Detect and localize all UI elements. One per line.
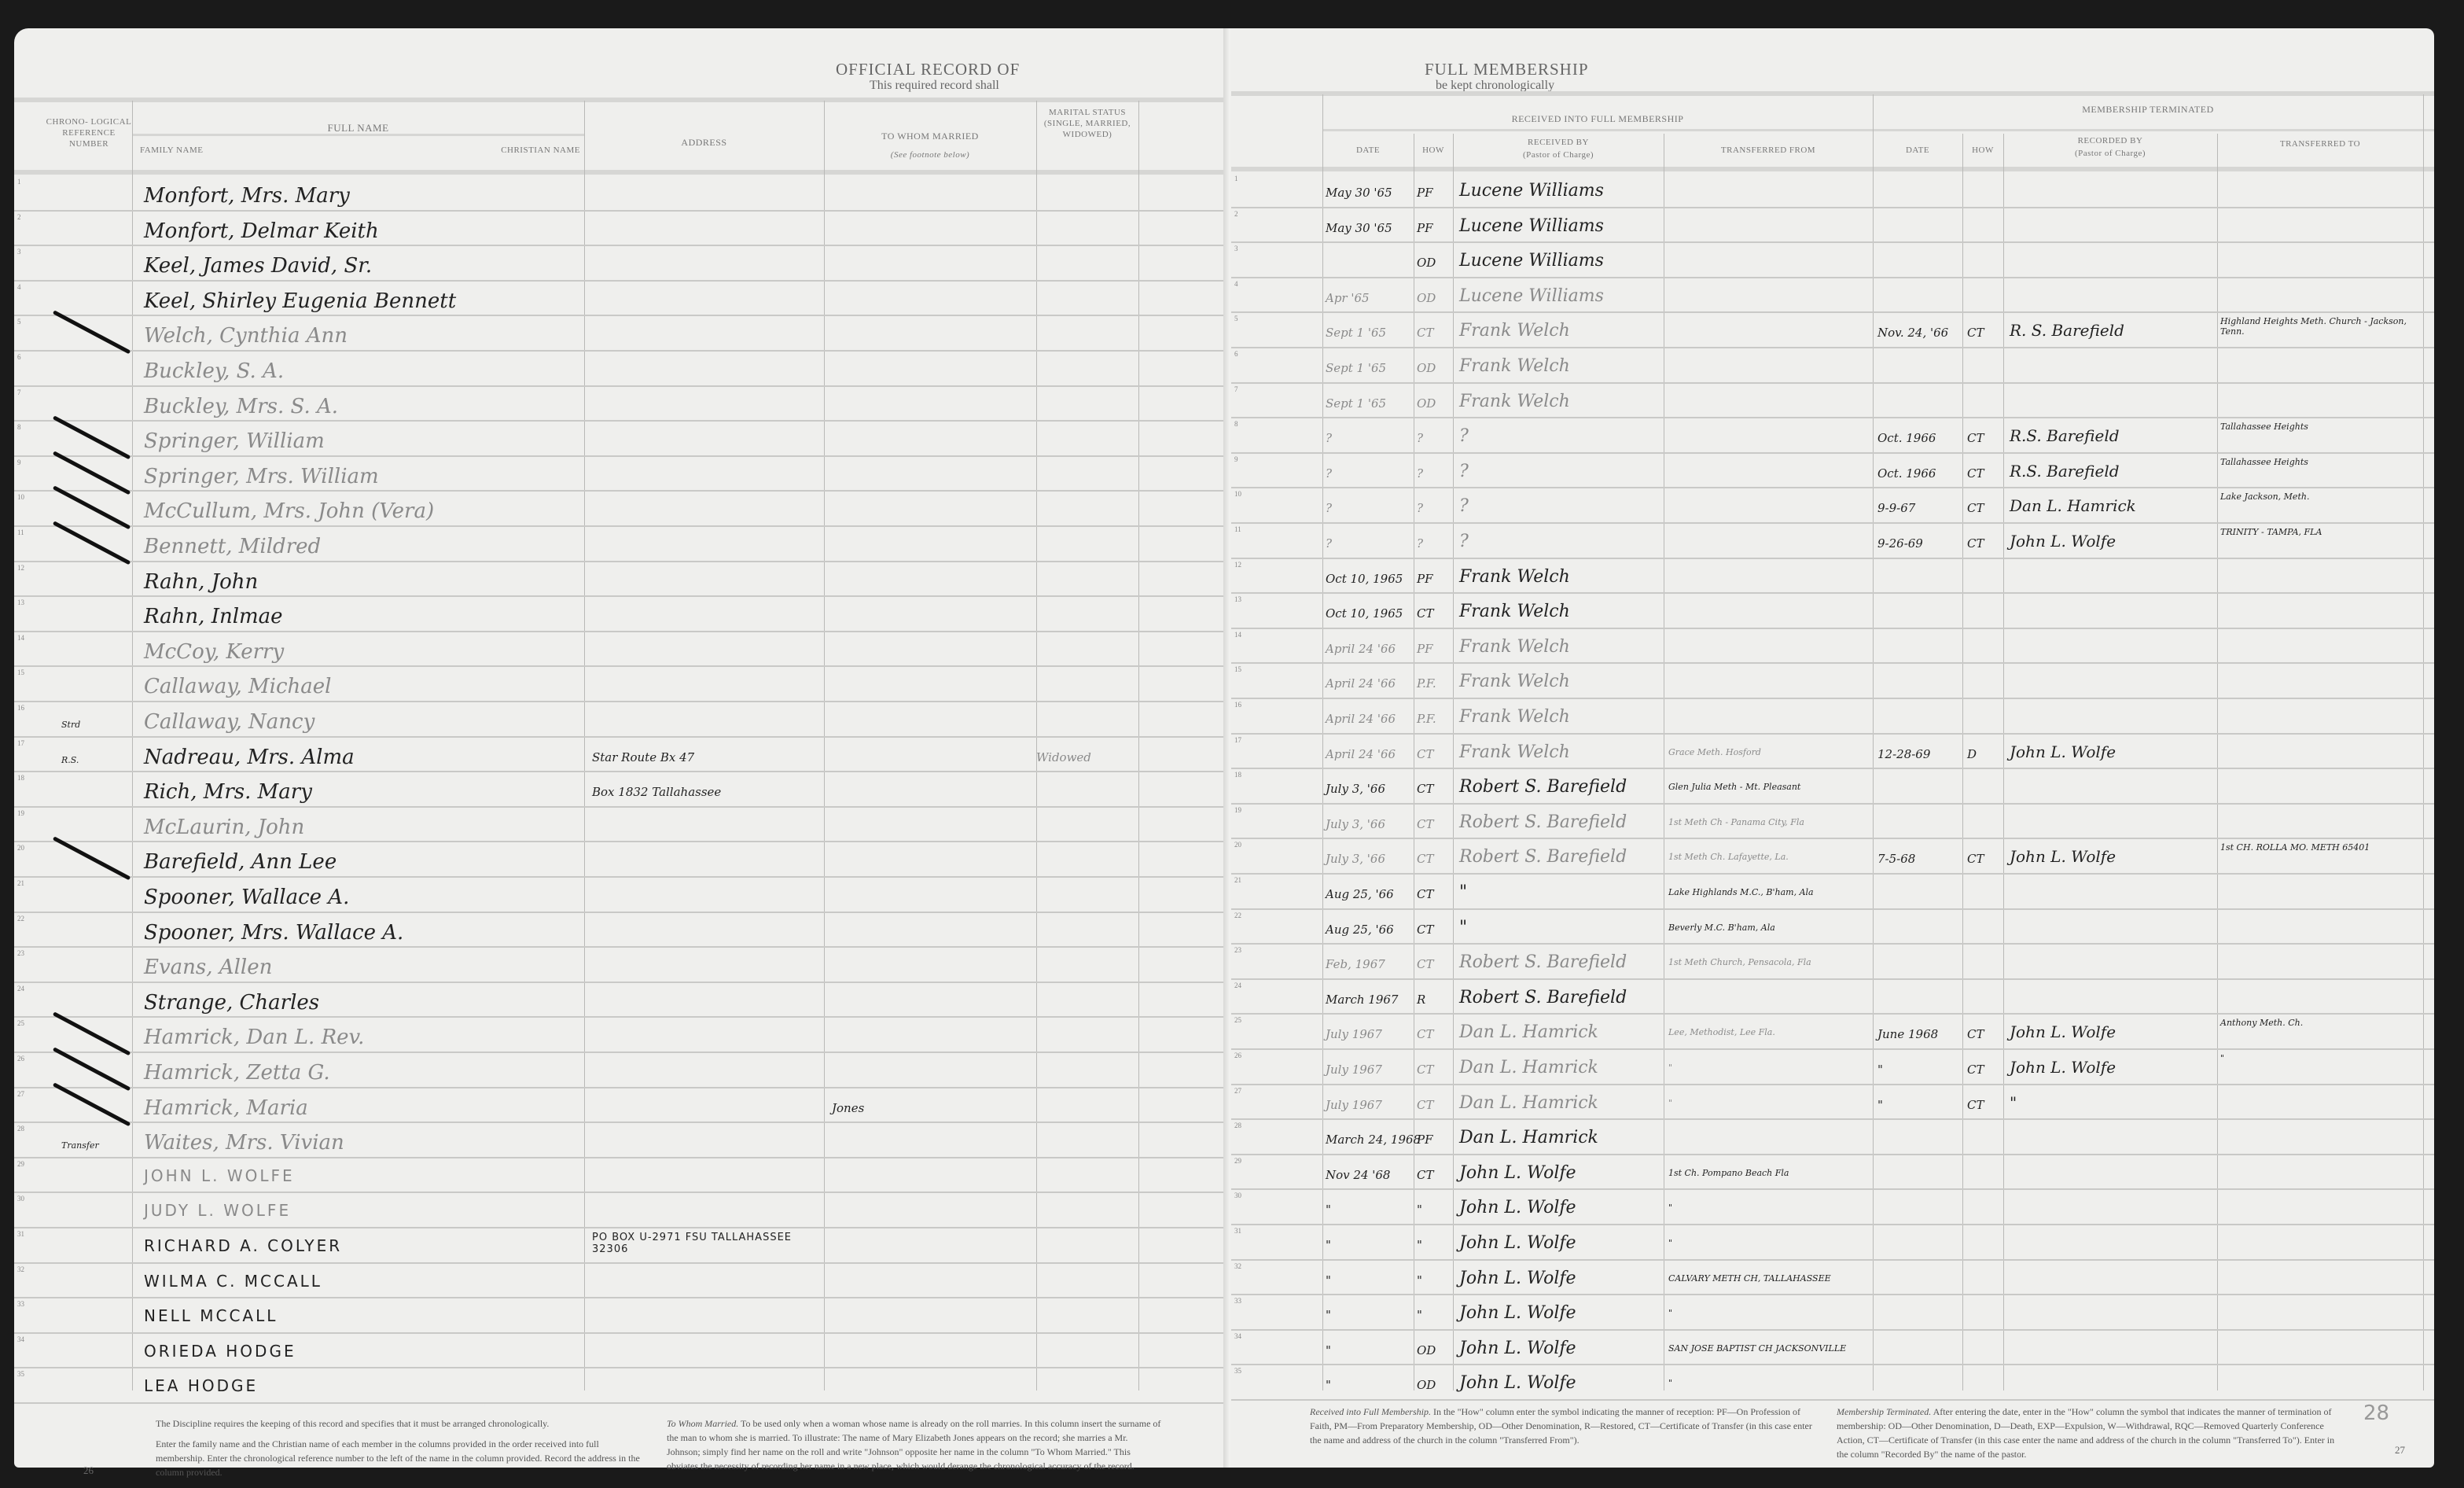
received-by: John L. Wolfe	[1459, 1198, 1576, 1217]
terminated-how: CT	[1967, 1027, 1984, 1041]
transferred-to: Tallahassee Heights	[2220, 422, 2421, 432]
terminated-date: 12-28-69	[1877, 747, 1930, 761]
transferred-from: 1st Meth Church, Pensacola, Fla	[1668, 957, 1811, 967]
table-row: 25Hamrick, Dan L. Rev.	[14, 1016, 1231, 1053]
table-row: 11???9-26-69CTJohn L. WolfeTRINITY - TAM…	[1231, 522, 2434, 559]
transferred-from: SAN JOSE BAPTIST CH JACKSONVILLE	[1668, 1343, 1846, 1354]
received-date: "	[1326, 1273, 1331, 1287]
handwritten-page-number: 28	[2363, 1401, 2389, 1425]
header-to-whom-married: TO WHOM MARRIED	[824, 131, 1036, 142]
table-row: 6Sept 1 '65ODFrank Welch	[1231, 347, 2434, 384]
terminated-date: 9-26-69	[1877, 536, 1923, 551]
header-recorded-by: RECORDED BY	[2003, 135, 2217, 146]
member-address: PO BOX U-2971 FSU TALLAHASSEE 32306	[592, 1232, 796, 1255]
full-name-subrule	[132, 134, 584, 136]
footnote-lead: Received into Full Membership.	[1310, 1406, 1431, 1417]
transferred-to: 1st CH. ROLLA MO. METH 65401	[2220, 842, 2421, 853]
table-row: 13Rahn, Inlmae	[14, 595, 1231, 632]
transferred-from: 1st Meth Ch. Lafayette, La.	[1668, 852, 1789, 862]
transferred-to: TRINITY - TAMPA, FLA	[2220, 527, 2421, 537]
footnote-terminated: Membership Terminated. After entering th…	[1837, 1405, 2340, 1461]
header-received-by: RECEIVED BY	[1453, 137, 1664, 148]
transferred-from: "	[1668, 1203, 1672, 1213]
received-by: Frank Welch	[1459, 392, 1570, 411]
table-row: 4Apr '65ODLucene Williams	[1231, 277, 2434, 314]
table-row: 26July 1967CTDan L. Hamrick""CTJohn L. W…	[1231, 1048, 2434, 1085]
table-row: 8Springer, William	[14, 420, 1231, 457]
table-row: 16April 24 '66P.F.Frank Welch	[1231, 698, 2434, 735]
header-terminated-how: HOW	[1962, 145, 2003, 156]
member-name: Monfort, Mrs. Mary	[144, 184, 350, 208]
table-row: 25July 1967CTDan L. HamrickLee, Methodis…	[1231, 1013, 2434, 1050]
table-row: 23Evans, Allen	[14, 946, 1231, 983]
table-row: 19July 3, '66CTRobert S. Barefield1st Me…	[1231, 803, 2434, 840]
table-row: 35"ODJohn L. Wolfe"	[1231, 1364, 2434, 1401]
member-name: Keel, James David, Sr.	[144, 254, 372, 278]
received-how: CT	[1417, 957, 1433, 971]
received-date: July 1967	[1326, 1063, 1382, 1077]
terminated-how: CT	[1967, 536, 1984, 551]
row-number: 1	[1234, 175, 1238, 182]
received-how: CT	[1417, 923, 1433, 937]
row-number: 35	[1234, 1367, 1241, 1375]
received-by: Frank Welch	[1459, 321, 1570, 341]
table-row: 1May 30 '65PFLucene Williams	[1231, 171, 2434, 208]
terminated-how: CT	[1967, 466, 1984, 481]
row-number: 32	[17, 1265, 24, 1273]
recorded-by: "	[2010, 1093, 2017, 1112]
received-by: Frank Welch	[1459, 637, 1570, 657]
terminated-date: Nov. 24, '66	[1877, 326, 1948, 340]
page-subtitle-left: This required record shall	[870, 79, 999, 93]
row-number: 3	[17, 248, 21, 256]
received-date: "	[1326, 1238, 1331, 1252]
received-how: "	[1417, 1238, 1422, 1252]
row-number: 28	[17, 1125, 24, 1133]
table-row: 34"ODJohn L. WolfeSAN JOSE BAPTIST CH JA…	[1231, 1329, 2434, 1366]
table-row: 18Rich, Mrs. MaryBox 1832 Tallahassee	[14, 771, 1231, 808]
row-number: 26	[17, 1055, 24, 1063]
received-how: CT	[1417, 852, 1433, 866]
received-date: July 1967	[1326, 1098, 1382, 1112]
table-row: 19McLaurin, John	[14, 806, 1231, 843]
table-row: 15Callaway, Michael	[14, 665, 1231, 702]
received-date: "	[1326, 1343, 1331, 1357]
table-row: 22Aug 25, '66CT"Beverly M.C. B'ham, Ala	[1231, 908, 2434, 945]
header-transferred-to: TRANSFERRED TO	[2217, 138, 2423, 149]
transferred-from: 1st Ch. Pompano Beach Fla	[1668, 1168, 1789, 1178]
received-how: OD	[1417, 361, 1436, 375]
row-number: 7	[1234, 385, 1238, 393]
received-date: May 30 '65	[1326, 186, 1392, 200]
to-whom-married: Jones	[832, 1101, 864, 1115]
row-number: 17	[1234, 736, 1241, 744]
recorded-by: R. S. Barefield	[2010, 321, 2124, 340]
recorded-by: R.S. Barefield	[2010, 426, 2120, 445]
member-address: Box 1832 Tallahassee	[592, 785, 721, 799]
received-how: PF	[1417, 572, 1433, 586]
row-number: 25	[17, 1019, 24, 1027]
member-name: LEA HODGE	[144, 1376, 258, 1395]
header-received-date: DATE	[1322, 145, 1414, 156]
terminated-date: June 1968	[1877, 1027, 1938, 1041]
received-date: April 24 '66	[1326, 642, 1396, 656]
received-date: July 1967	[1326, 1027, 1382, 1041]
received-by: ?	[1459, 496, 1469, 516]
transferred-to: Anthony Meth. Ch.	[2220, 1018, 2421, 1028]
member-name: Springer, Mrs. William	[144, 465, 379, 488]
received-how: "	[1417, 1308, 1422, 1322]
row-number: 31	[17, 1230, 24, 1238]
received-date: ?	[1326, 501, 1332, 515]
row-number: 5	[1234, 315, 1238, 322]
received-how: P.F.	[1417, 676, 1436, 691]
received-by: Dan L. Hamrick	[1459, 1128, 1598, 1147]
left-ledger-rows: 1Monfort, Mrs. Mary2Monfort, Delmar Keit…	[14, 175, 1231, 1403]
received-date: Sept 1 '65	[1326, 396, 1386, 411]
check-slash-mark	[53, 521, 131, 565]
received-how: "	[1417, 1273, 1422, 1287]
member-name: JUDY L. WOLFE	[144, 1201, 291, 1220]
row-number: 22	[1234, 912, 1241, 919]
row-number: 9	[17, 459, 21, 466]
received-by: Lucene Williams	[1459, 286, 1604, 306]
table-row: 9Springer, Mrs. William	[14, 455, 1231, 492]
received-by: John L. Wolfe	[1459, 1303, 1576, 1323]
table-row: 32WILMA C. MCCALL	[14, 1262, 1231, 1299]
table-row: 26Hamrick, Zetta G.	[14, 1052, 1231, 1088]
member-name: Evans, Allen	[144, 956, 272, 979]
row-number: 5	[17, 318, 21, 326]
table-row: 5Sept 1 '65CTFrank WelchNov. 24, '66CTR.…	[1231, 311, 2434, 348]
received-date: Feb, 1967	[1326, 957, 1385, 971]
row-number: 12	[1234, 561, 1241, 569]
row-number: 32	[1234, 1262, 1241, 1270]
header-received: RECEIVED INTO FULL MEMBERSHIP	[1322, 113, 1873, 124]
received-by: ?	[1459, 426, 1469, 446]
row-number: 6	[17, 353, 21, 361]
member-name: Callaway, Nancy	[144, 710, 314, 734]
received-by: ?	[1459, 532, 1469, 551]
header-address: ADDRESS	[584, 137, 824, 148]
header-pastor-of-charge: (Pastor of Charge)	[2003, 148, 2217, 159]
table-row: 30""John L. Wolfe"	[1231, 1188, 2434, 1225]
check-slash-mark	[53, 837, 131, 881]
row-number: 14	[17, 634, 24, 642]
recorded-by: Dan L. Hamrick	[2010, 496, 2136, 515]
table-row: 33""John L. Wolfe"	[1231, 1294, 2434, 1331]
member-name: McLaurin, John	[144, 816, 304, 839]
transferred-from: Lee, Methodist, Lee Fla.	[1668, 1027, 1775, 1037]
member-name: Rich, Mrs. Mary	[144, 780, 312, 804]
member-name: McCullum, Mrs. John (Vera)	[144, 499, 434, 523]
row-number: 35	[17, 1370, 24, 1378]
received-date: "	[1326, 1308, 1331, 1322]
received-date: April 24 '66	[1326, 712, 1396, 726]
member-name: Hamrick, Zetta G.	[144, 1061, 330, 1085]
row-number: 19	[17, 809, 24, 817]
row-number: 4	[17, 283, 21, 291]
terminated-how: CT	[1967, 501, 1984, 515]
received-date: March 24, 1968	[1326, 1133, 1421, 1147]
received-date: March 1967	[1326, 993, 1398, 1007]
table-row: 35LEA HODGE	[14, 1367, 1231, 1404]
member-name: Callaway, Michael	[144, 675, 332, 698]
row-number: 22	[17, 915, 24, 923]
received-how: CT	[1417, 1098, 1433, 1112]
received-by: John L. Wolfe	[1459, 1163, 1576, 1183]
table-row: 3Keel, James David, Sr.	[14, 245, 1231, 282]
member-name: Buckley, S. A.	[144, 359, 284, 383]
header-terminated: MEMBERSHIP TERMINATED	[1873, 104, 2423, 115]
row-number: 13	[17, 599, 24, 606]
row-number: 20	[1234, 841, 1241, 849]
terminated-date: Oct. 1966	[1877, 466, 1936, 481]
received-date: Sept 1 '65	[1326, 326, 1386, 340]
footnote-lead: To Whom Married.	[667, 1418, 738, 1429]
table-row: 23Feb, 1967CTRobert S. Barefield1st Meth…	[1231, 943, 2434, 980]
table-row: 31RICHARD A. COLYERPO BOX U-2971 FSU TAL…	[14, 1227, 1231, 1264]
footnote-to-whom-married: To Whom Married. To be used only when a …	[667, 1416, 1162, 1473]
transferred-from: "	[1668, 1238, 1672, 1248]
received-date: Sept 1 '65	[1326, 361, 1386, 375]
received-by: Robert S. Barefield	[1459, 988, 1627, 1007]
received-how: CT	[1417, 1063, 1433, 1077]
row-number: 17	[17, 739, 24, 747]
header-full-name: FULL NAME	[132, 123, 584, 134]
footnote-lead: Membership Terminated.	[1837, 1406, 1931, 1417]
received-date: July 3, '66	[1326, 782, 1385, 796]
received-how: PF	[1417, 186, 1433, 200]
received-date: July 3, '66	[1326, 817, 1385, 831]
footnote-received: Received into Full Membership. In the "H…	[1310, 1405, 1821, 1447]
member-name: Hamrick, Maria	[144, 1096, 308, 1120]
row-number: 34	[1234, 1332, 1241, 1340]
member-name: Buckley, Mrs. S. A.	[144, 395, 338, 418]
table-row: 16Callaway, NancyStrd	[14, 701, 1231, 738]
table-row: 18July 3, '66CTRobert S. BarefieldGlen J…	[1231, 768, 2434, 805]
received-how: CT	[1417, 782, 1433, 796]
row-number: 13	[1234, 595, 1241, 603]
row-number: 33	[1234, 1297, 1241, 1305]
received-by: Frank Welch	[1459, 602, 1570, 621]
member-name: McCoy, Kerry	[144, 640, 284, 664]
received-how: CT	[1417, 887, 1433, 901]
table-row: 2Monfort, Delmar Keith	[14, 210, 1231, 247]
received-by: Frank Welch	[1459, 742, 1570, 762]
right-ledger-rows: 1May 30 '65PFLucene Williams2May 30 '65P…	[1231, 171, 2434, 1400]
page-number-left: 26	[83, 1464, 94, 1477]
marital-status: Widowed	[1036, 750, 1091, 764]
received-by: "	[1459, 918, 1467, 937]
transferred-to: "	[2220, 1053, 2421, 1063]
table-row: 17Nadreau, Mrs. AlmaStar Route Bx 47Wido…	[14, 736, 1231, 773]
row-number: 4	[1234, 280, 1238, 288]
recorded-by: R.S. Barefield	[2010, 462, 2120, 481]
row-number: 11	[1234, 525, 1241, 533]
table-row: 7Buckley, Mrs. S. A.	[14, 385, 1231, 422]
table-row: 5Welch, Cynthia Ann	[14, 315, 1231, 352]
received-by: Robert S. Barefield	[1459, 777, 1627, 797]
table-row: 28Waites, Mrs. VivianTransfer	[14, 1122, 1231, 1158]
row-number: 10	[17, 493, 24, 501]
received-date: July 3, '66	[1326, 852, 1385, 866]
check-slash-mark	[53, 1047, 131, 1091]
received-by: John L. Wolfe	[1459, 1233, 1576, 1253]
received-how: OD	[1417, 1343, 1436, 1357]
received-date: ?	[1326, 536, 1332, 551]
transferred-from: "	[1668, 1098, 1672, 1108]
row-number: 8	[1234, 420, 1238, 428]
received-by: Lucene Williams	[1459, 216, 1604, 236]
row-number: 19	[1234, 806, 1241, 814]
row-number: 21	[17, 879, 24, 887]
table-row: 6Buckley, S. A.	[14, 350, 1231, 387]
received-date: "	[1326, 1378, 1331, 1392]
row-number: 29	[1234, 1157, 1241, 1165]
table-row: 30JUDY L. WOLFE	[14, 1192, 1231, 1228]
terminated-date: 7-5-68	[1877, 852, 1915, 866]
table-row: 24Strange, Charles	[14, 982, 1231, 1018]
terminated-date: Oct. 1966	[1877, 431, 1936, 445]
table-row: 8???Oct. 1966CTR.S. BarefieldTallahassee…	[1231, 417, 2434, 454]
left-ledger-page: OFFICIAL RECORD OF This required record …	[14, 28, 1231, 1468]
table-row: 34ORIEDA HODGE	[14, 1332, 1231, 1369]
check-slash-mark	[53, 1082, 131, 1126]
row-number: 20	[17, 844, 24, 852]
member-name: Springer, William	[144, 429, 325, 453]
table-row: 31""John L. Wolfe"	[1231, 1224, 2434, 1261]
terminated-how: CT	[1967, 852, 1984, 866]
header-ref-number: CHRONO- LOGICAL REFERENCE NUMBER	[46, 116, 132, 149]
received-by: Frank Welch	[1459, 567, 1570, 587]
received-how: PF	[1417, 221, 1433, 235]
row-number: 9	[1234, 455, 1238, 463]
member-name: Barefield, Ann Lee	[144, 850, 337, 874]
row-number: 24	[17, 985, 24, 993]
table-row: 13Oct 10, 1965CTFrank Welch	[1231, 592, 2434, 629]
recorded-by: John L. Wolfe	[2010, 532, 2116, 551]
header-family-name: FAMILY NAME	[140, 145, 297, 156]
row-number: 23	[1234, 946, 1241, 954]
received-date: Aug 25, '66	[1326, 923, 1394, 937]
transferred-from: CALVARY METH CH, TALLAHASSEE	[1668, 1273, 1831, 1284]
member-name: RICHARD A. COLYER	[144, 1236, 342, 1255]
received-how: ?	[1417, 466, 1423, 481]
header-rule-top	[1231, 91, 2434, 96]
table-row: 4Keel, Shirley Eugenia Bennett	[14, 280, 1231, 317]
table-row: 1Monfort, Mrs. Mary	[14, 175, 1231, 212]
received-how: P.F.	[1417, 712, 1436, 726]
terminated-how: CT	[1967, 1098, 1984, 1112]
row-number: 16	[17, 704, 24, 712]
margin-note: Strd	[61, 720, 80, 730]
received-how: CT	[1417, 817, 1433, 831]
transferred-from: "	[1668, 1063, 1672, 1073]
right-ledger-page: FULL MEMBERSHIP be kept chronologically …	[1231, 28, 2434, 1468]
row-number: 12	[17, 564, 24, 572]
transferred-to: Lake Jackson, Meth.	[2220, 492, 2421, 502]
received-date: Oct 10, 1965	[1326, 572, 1403, 586]
margin-note: Transfer	[61, 1140, 99, 1151]
table-row: 28March 24, 1968PFDan L. Hamrick	[1231, 1118, 2434, 1155]
header-christian-name: CHRISTIAN NAME	[423, 145, 580, 156]
table-row: 7Sept 1 '65ODFrank Welch	[1231, 382, 2434, 419]
terminated-date: "	[1877, 1098, 1883, 1112]
received-by: Dan L. Hamrick	[1459, 1093, 1598, 1113]
header-pastor-of-charge: (Pastor of Charge)	[1453, 149, 1664, 160]
check-slash-mark	[53, 1012, 131, 1056]
page-title-left: OFFICIAL RECORD OF	[836, 60, 1020, 79]
transferred-to: Highland Heights Meth. Church - Jackson,…	[2220, 316, 2421, 337]
received-by: John L. Wolfe	[1459, 1339, 1576, 1358]
transferred-from: Grace Meth. Hosford	[1668, 747, 1761, 757]
table-row: 20July 3, '66CTRobert S. Barefield1st Me…	[1231, 838, 2434, 875]
transferred-from: 1st Meth Ch - Panama City, Fla	[1668, 817, 1804, 827]
table-row: 27July 1967CTDan L. Hamrick""CT"	[1231, 1084, 2434, 1121]
header-to-whom-married-note: (See footnote below)	[824, 149, 1036, 160]
received-date: "	[1326, 1203, 1331, 1217]
terminated-how: CT	[1967, 431, 1984, 445]
check-slash-mark	[53, 486, 131, 530]
row-number: 30	[1234, 1192, 1241, 1199]
member-name: Spooner, Wallace A.	[144, 886, 349, 909]
received-date: Aug 25, '66	[1326, 887, 1394, 901]
transferred-from: "	[1668, 1378, 1672, 1388]
footnote-text: Enter the family name and the Christian …	[156, 1437, 643, 1479]
row-number: 6	[1234, 350, 1238, 358]
member-name: Waites, Mrs. Vivian	[144, 1131, 344, 1155]
received-by: John L. Wolfe	[1459, 1269, 1576, 1288]
member-name: Strange, Charles	[144, 991, 319, 1015]
row-number: 10	[1234, 490, 1241, 498]
received-by: Robert S. Barefield	[1459, 812, 1627, 832]
header-transferred-from: TRANSFERRED FROM	[1664, 145, 1873, 156]
table-row: 12Oct 10, 1965PFFrank Welch	[1231, 558, 2434, 595]
check-slash-mark	[53, 415, 131, 459]
table-row: 21Aug 25, '66CT"Lake Highlands M.C., B'h…	[1231, 873, 2434, 910]
member-name: Keel, Shirley Eugenia Bennett	[144, 289, 456, 313]
recorded-by: John L. Wolfe	[2010, 847, 2116, 866]
table-row: 9???Oct. 1966CTR.S. BarefieldTallahassee…	[1231, 452, 2434, 489]
member-name: Rahn, John	[144, 570, 258, 594]
footnote-text: To be used only when a woman whose name …	[667, 1418, 1160, 1471]
received-date: Apr '65	[1326, 291, 1370, 305]
member-name: Rahn, Inlmae	[144, 605, 283, 628]
received-by: Lucene Williams	[1459, 181, 1604, 201]
received-by: Dan L. Hamrick	[1459, 1022, 1598, 1042]
received-how: OD	[1417, 1378, 1436, 1392]
row-number: 2	[17, 213, 21, 221]
received-how: OD	[1417, 291, 1436, 305]
row-number: 26	[1234, 1052, 1241, 1059]
received-date: Nov 24 '68	[1326, 1168, 1390, 1182]
table-row: 32""John L. WolfeCALVARY METH CH, TALLAH…	[1231, 1259, 2434, 1296]
member-name: JOHN L. WOLFE	[144, 1166, 295, 1185]
row-number: 21	[1234, 876, 1241, 884]
table-row: 10McCullum, Mrs. John (Vera)	[14, 490, 1231, 527]
header-marital-status: MARITAL STATUS (Single, Married, Widowed…	[1036, 107, 1138, 140]
transferred-from: Beverly M.C. B'ham, Ala	[1668, 923, 1775, 933]
table-row: 14April 24 '66PFFrank Welch	[1231, 628, 2434, 665]
received-by: Lucene Williams	[1459, 251, 1604, 271]
table-row: 29JOHN L. WOLFE	[14, 1157, 1231, 1194]
row-number: 3	[1234, 245, 1238, 252]
received-by: Frank Welch	[1459, 356, 1570, 376]
check-slash-mark	[53, 311, 131, 355]
received-how: CT	[1417, 1168, 1433, 1182]
received-date: April 24 '66	[1326, 676, 1396, 691]
